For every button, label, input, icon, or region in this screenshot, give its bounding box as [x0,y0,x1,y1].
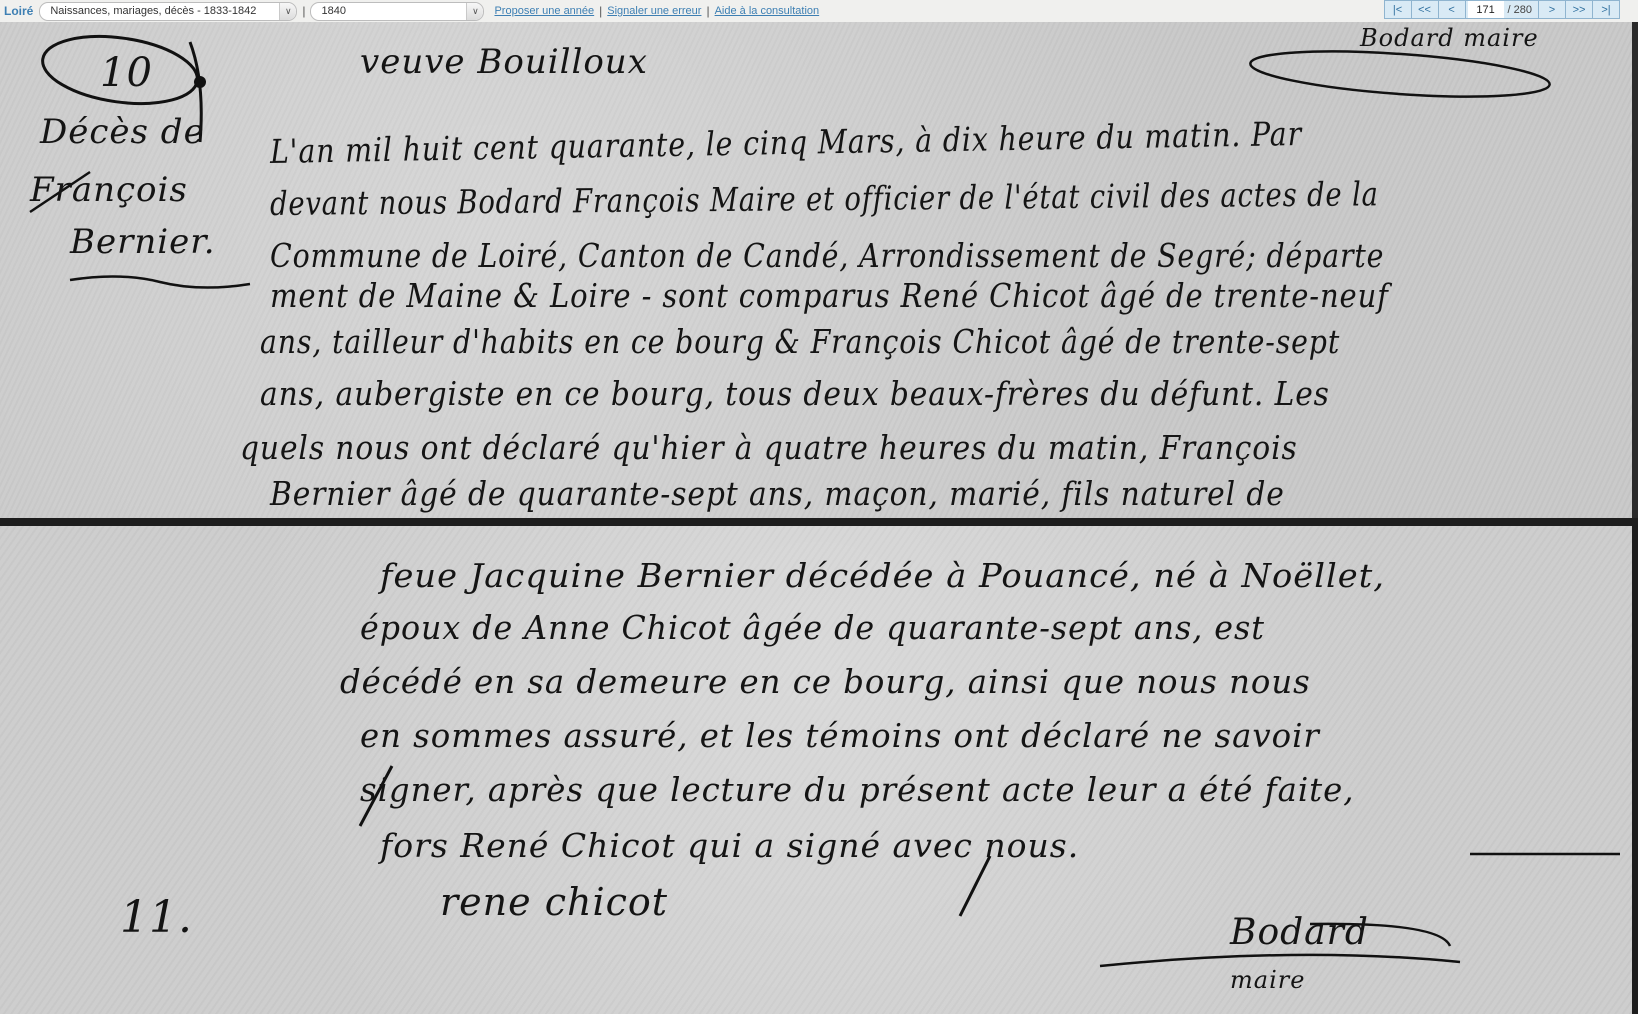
record-line: ans, aubergiste en ce bourg, tous deux b… [260,374,1330,413]
page-total: / 280 [1508,4,1532,16]
link-separator: | [599,4,602,18]
page-number-input[interactable] [1468,1,1504,18]
record-line: devant nous Bodard François Maire et off… [270,174,1379,223]
previous-page-button[interactable]: < [1439,1,1466,18]
record-line: L'an mil huit cent quarante, le cinq Mar… [270,114,1303,171]
record-line: feue Jacquine Bernier décédée à Pouancé,… [380,556,1385,595]
next-entry-number: 11. [120,892,193,943]
chevron-down-icon[interactable]: ∨ [466,3,483,20]
witness-signature: rene chicot [440,880,668,924]
year-select-value: 1840 [311,5,345,17]
record-line: en sommes assuré, et les témoins ont déc… [360,716,1320,755]
record-line: signer, après que lecture du présent act… [360,770,1355,809]
record-line: ans, tailleur d'habits en ce bourg & Fra… [260,322,1340,361]
commune-name: Loiré [4,4,33,18]
margin-note-line: Bernier. [70,222,216,262]
page-number-group: / 280 [1466,1,1539,18]
viewer-toolbar: Loiré Naissances, mariages, décès - 1833… [0,0,1638,22]
margin-note-line: François [30,170,188,210]
entry-number: 10 [100,50,153,96]
last-page-button[interactable]: >| [1593,1,1619,18]
fast-back-button[interactable]: << [1412,1,1439,18]
scanned-page-top: 10 veuve Bouilloux Bodard maire Décès de… [0,22,1638,518]
report-error-link[interactable]: Signaler une erreur [607,5,701,17]
margin-note-line: Décès de [40,112,205,152]
document-viewer[interactable]: 10 veuve Bouilloux Bodard maire Décès de… [0,22,1638,1014]
next-page-button[interactable]: > [1539,1,1566,18]
chevron-down-icon[interactable]: ∨ [279,3,296,20]
record-line: Bernier âgé de quarante-sept ans, maçon,… [270,474,1285,513]
mayor-signature: Bodard [1230,912,1369,953]
record-line: ment de Maine & Loire - sont comparus Re… [270,276,1389,315]
record-line: décédé en sa demeure en ce bourg, ainsi … [340,662,1311,701]
record-line: époux de Anne Chicot âgée de quarante-se… [360,608,1265,647]
year-select[interactable]: 1840 ∨ [310,2,484,21]
register-select[interactable]: Naissances, mariages, décès - 1833-1842 … [39,2,297,21]
propose-year-link[interactable]: Proposer une année [494,5,594,17]
fast-forward-button[interactable]: >> [1566,1,1593,18]
first-page-button[interactable]: |< [1385,1,1412,18]
page-navigator: |< << < / 280 > >> >| [1384,0,1620,19]
help-link[interactable]: Aide à la consultation [715,5,820,17]
toolbar-separator: | [302,4,305,18]
mayor-title: maire [1230,966,1305,994]
record-line: quels nous ont déclaré qu'hier à quatre … [240,428,1298,467]
header-name: veuve Bouilloux [360,42,648,82]
scanned-page-bottom: feue Jacquine Bernier décédée à Pouancé,… [0,526,1632,1014]
record-line: fors René Chicot qui a signé avec nous. [380,826,1079,865]
register-select-value: Naissances, mariages, décès - 1833-1842 [40,5,256,17]
link-separator: | [706,4,709,18]
mayor-signature-top: Bodard maire [1360,24,1539,52]
record-line: Commune de Loiré, Canton de Candé, Arron… [270,236,1384,275]
